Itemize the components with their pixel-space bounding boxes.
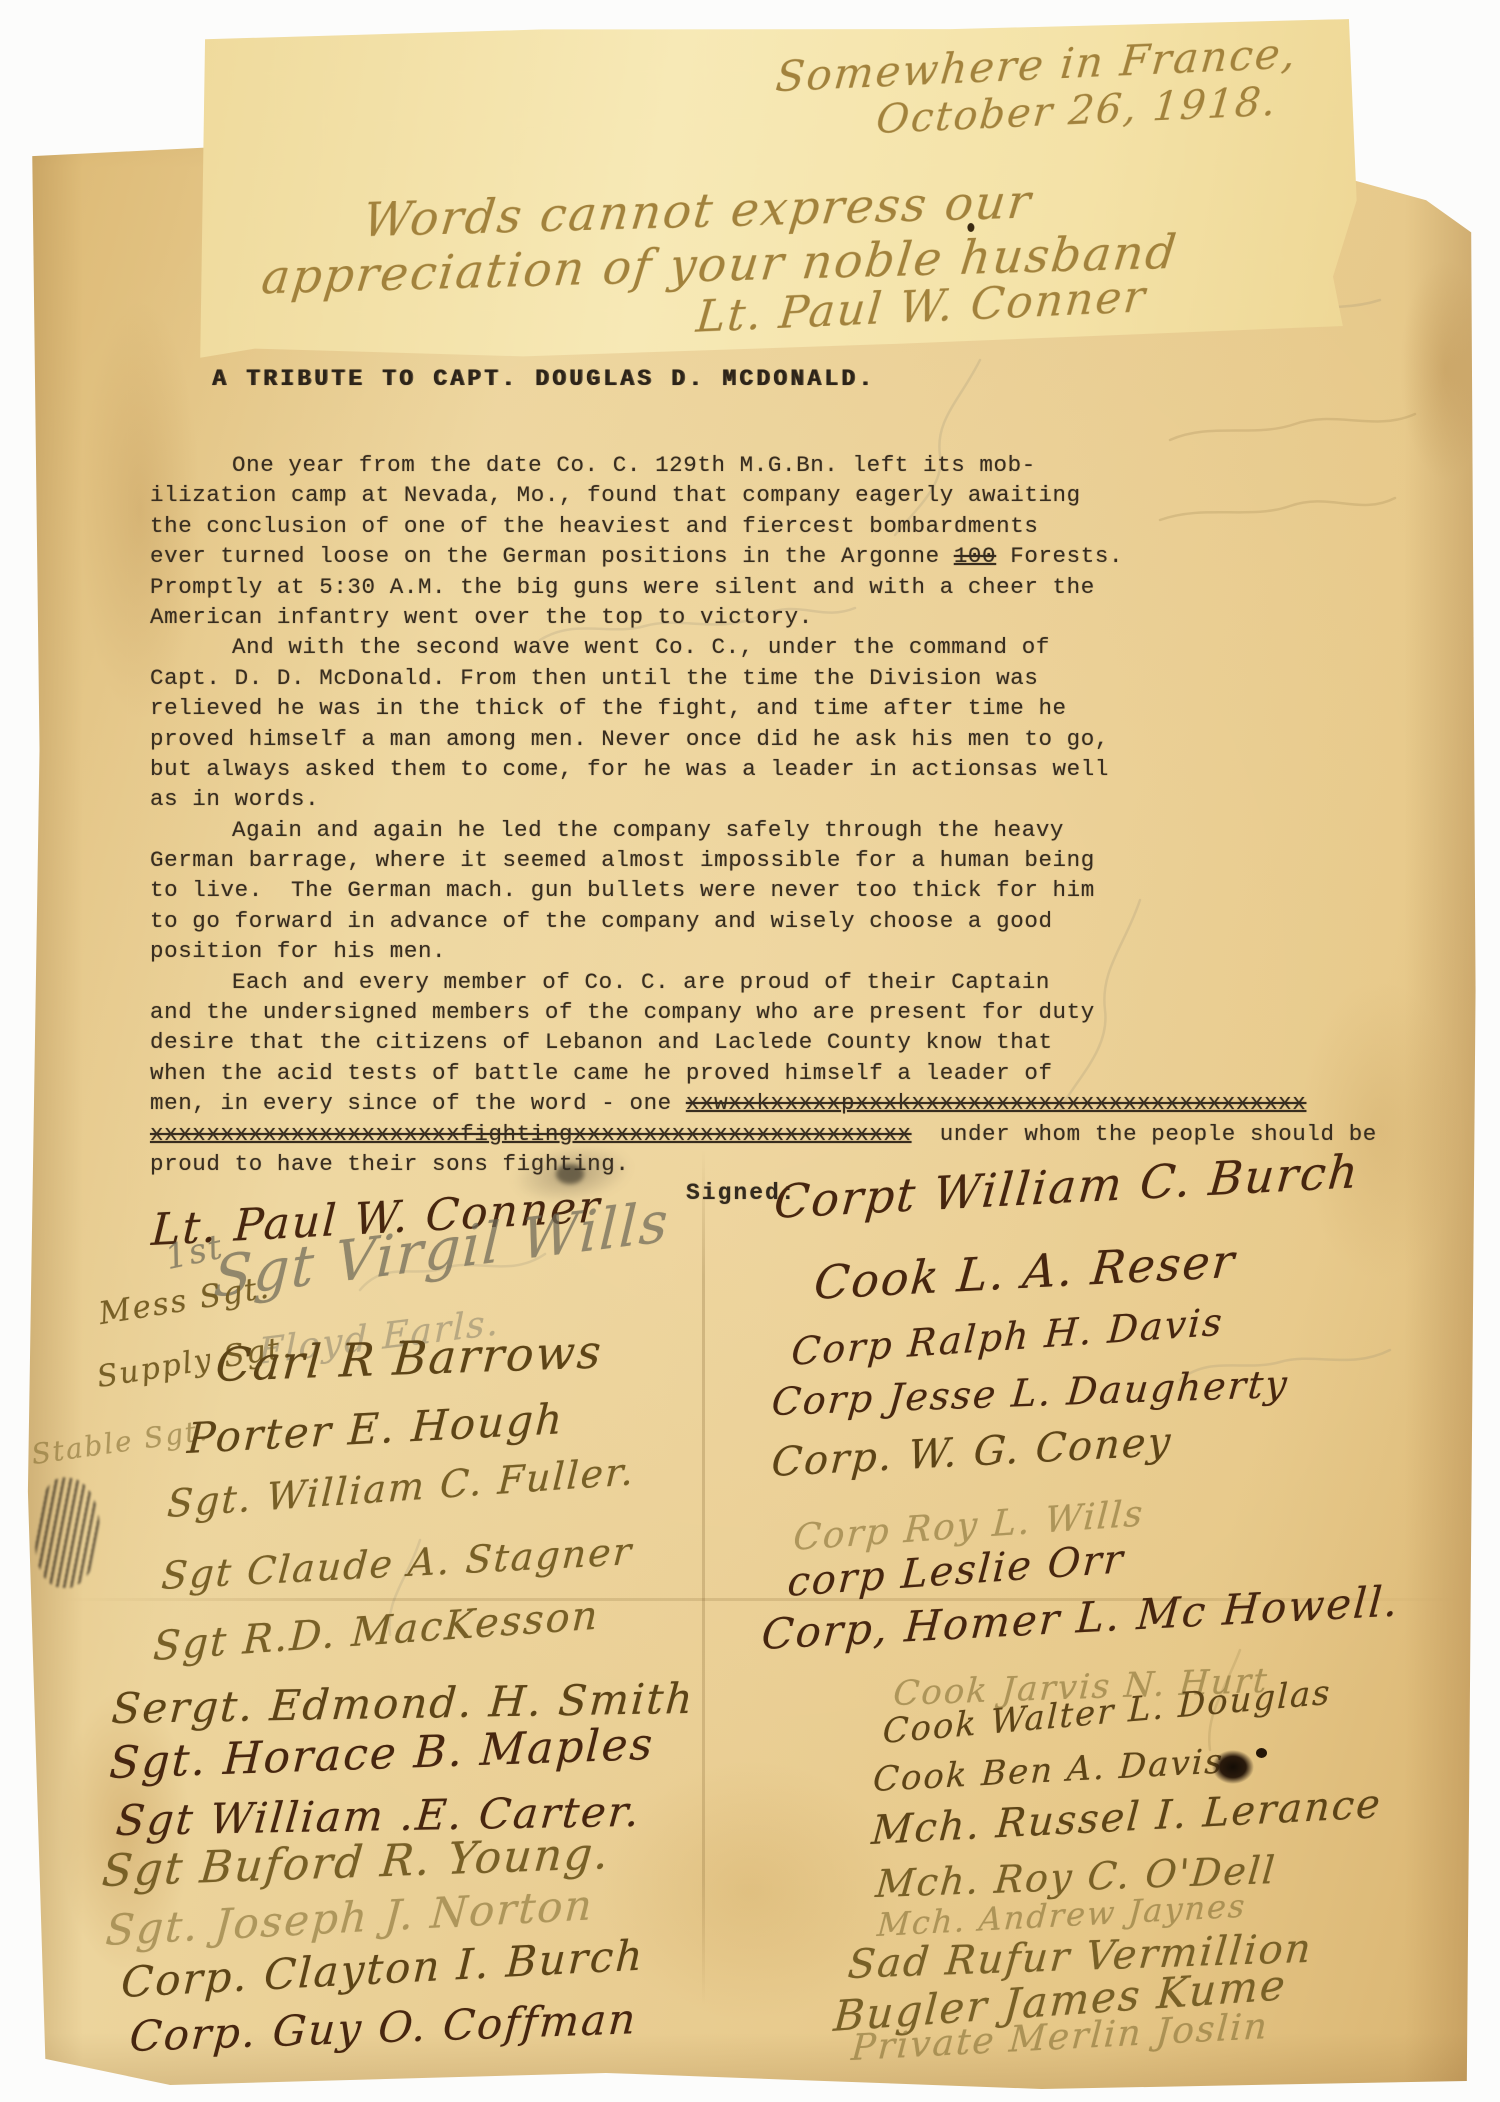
typed-text: desire that the citizens of Lebanon and … bbox=[150, 1029, 1053, 1055]
letter-title: A TRIBUTE TO CAPT. DOUGLAS D. MCDONALD. bbox=[212, 366, 875, 392]
typed-text: as in words. bbox=[150, 786, 319, 812]
typed-text: Each and every member of Co. C. are prou… bbox=[232, 969, 1050, 995]
typed-text: One year from the date Co. C. 129th M.G.… bbox=[232, 452, 1036, 478]
typed-text: German barrage, where it seemed almost i… bbox=[150, 847, 1095, 873]
typed-line: American infantry went over the top to v… bbox=[150, 602, 1400, 632]
typed-line: but always asked them to come, for he wa… bbox=[150, 754, 1400, 784]
typed-line: proved himself a man among men. Never on… bbox=[150, 724, 1400, 754]
typed-line: relieved he was in the thick of the figh… bbox=[150, 693, 1400, 723]
typed-line: to go forward in advance of the company … bbox=[150, 906, 1400, 936]
typed-line: xxxxxxxxxxxxxxxxxxxxxxfightingxxxxxxxxxx… bbox=[150, 1119, 1400, 1149]
typed-line: and the undersigned members of the compa… bbox=[150, 997, 1400, 1027]
typed-text: American infantry went over the top to v… bbox=[150, 604, 813, 630]
typed-text: to live. The German mach. gun bullets we… bbox=[150, 877, 1095, 903]
typed-text: ever turned loose on the German position… bbox=[150, 543, 954, 569]
typed-line: to live. The German mach. gun bullets we… bbox=[150, 875, 1400, 905]
typed-text: relieved he was in the thick of the figh… bbox=[150, 695, 1067, 721]
typed-line: ilization camp at Nevada, Mo., found tha… bbox=[150, 480, 1400, 510]
document-scan: A TRIBUTE TO CAPT. DOUGLAS D. MCDONALD. … bbox=[0, 0, 1500, 2102]
typed-text: to go forward in advance of the company … bbox=[150, 908, 1053, 934]
typed-line: And with the second wave went Co. C., un… bbox=[150, 632, 1400, 662]
typed-text: but always asked them to come, for he wa… bbox=[150, 756, 1109, 782]
ink-blot bbox=[1256, 1748, 1267, 1758]
paragraph: One year from the date Co. C. 129th M.G.… bbox=[150, 450, 1400, 632]
typed-text: Again and again he led the company safel… bbox=[232, 817, 1064, 843]
typed-line: One year from the date Co. C. 129th M.G.… bbox=[150, 450, 1400, 480]
struck-text: xxwxxkxxxxxpxxxkxxxxxxxxxxxxxxxxxxxxxxxx… bbox=[686, 1090, 1307, 1116]
struck-text: 100 bbox=[954, 543, 996, 569]
typed-line: German barrage, where it seemed almost i… bbox=[150, 845, 1400, 875]
typed-text: when the acid tests of battle came he pr… bbox=[150, 1060, 1053, 1086]
typed-text: Capt. D. D. McDonald. From then until th… bbox=[150, 665, 1038, 691]
typed-text: position for his men. bbox=[150, 938, 446, 964]
typed-text: men, in every since of the word - one bbox=[150, 1090, 686, 1116]
typed-text: Forests. bbox=[996, 543, 1123, 569]
fold-crease bbox=[702, 1150, 705, 2005]
typed-text: And with the second wave went Co. C., un… bbox=[232, 634, 1050, 660]
typed-line: desire that the citizens of Lebanon and … bbox=[150, 1027, 1400, 1057]
typed-text: and the undersigned members of the compa… bbox=[150, 999, 1095, 1025]
typed-line: Each and every member of Co. C. are prou… bbox=[150, 967, 1400, 997]
typed-text: Promptly at 5:30 A.M. the big guns were … bbox=[150, 574, 1095, 600]
letter-body: One year from the date Co. C. 129th M.G.… bbox=[150, 450, 1400, 1179]
paragraph: Again and again he led the company safel… bbox=[150, 815, 1400, 967]
typed-line: Capt. D. D. McDonald. From then until th… bbox=[150, 663, 1400, 693]
pencil-smudge bbox=[556, 1164, 584, 1184]
typed-text: ilization camp at Nevada, Mo., found tha… bbox=[150, 482, 1081, 508]
typed-line: Promptly at 5:30 A.M. the big guns were … bbox=[150, 572, 1400, 602]
paragraph: Each and every member of Co. C. are prou… bbox=[150, 967, 1400, 1180]
handwritten-note: Somewhere in France, October 26, 1918. W… bbox=[193, 19, 1361, 361]
typed-text: the conclusion of one of the heaviest an… bbox=[150, 513, 1038, 539]
struck-text: xxxxxxxxxxxxxxxxxxxxxxfightingxxxxxxxxxx… bbox=[150, 1121, 912, 1147]
ink-speck bbox=[967, 223, 974, 232]
typed-line: as in words. bbox=[150, 784, 1400, 814]
typed-line: position for his men. bbox=[150, 936, 1400, 966]
typed-line: when the acid tests of battle came he pr… bbox=[150, 1058, 1400, 1088]
typed-line: Again and again he led the company safel… bbox=[150, 815, 1400, 845]
typed-text: under whom the people should be bbox=[912, 1121, 1377, 1147]
typed-text: proved himself a man among men. Never on… bbox=[150, 726, 1109, 752]
paragraph: And with the second wave went Co. C., un… bbox=[150, 632, 1400, 814]
typed-line: men, in every since of the word - one xx… bbox=[150, 1088, 1400, 1118]
typed-line: the conclusion of one of the heaviest an… bbox=[150, 511, 1400, 541]
typed-line: ever turned loose on the German position… bbox=[150, 541, 1400, 571]
paper-stain bbox=[1400, 260, 1490, 480]
